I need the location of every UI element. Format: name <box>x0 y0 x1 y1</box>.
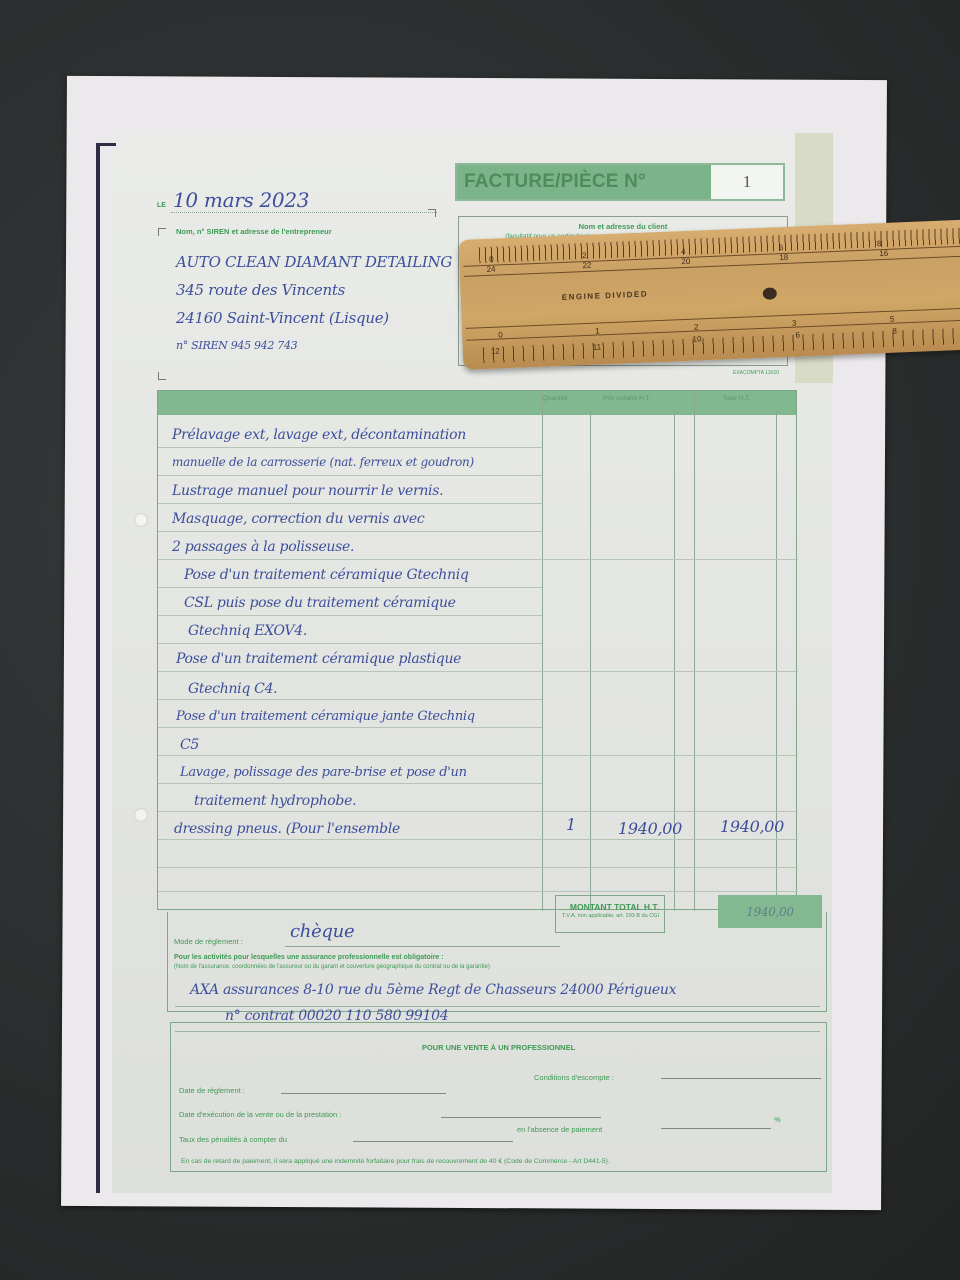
invoice-title-box: FACTURE/PIÈCE N° 1 <box>455 163 785 201</box>
discount-field[interactable] <box>661 1078 821 1079</box>
penalty-label: Taux des pénalités à compter du <box>179 1135 287 1144</box>
description-line: manuelle de la carrosserie (nat. ferreux… <box>172 455 474 469</box>
column-divider <box>776 411 777 911</box>
ruler-number: 3 <box>792 319 797 328</box>
ruler-number: 2 <box>694 322 699 331</box>
ruler-brand: ENGINE DIVIDED <box>562 289 649 301</box>
unit-price-value: 1940,00 <box>618 819 682 838</box>
corner-mark <box>428 209 436 217</box>
description-line: CSL puis pose du traitement céramique <box>184 595 456 611</box>
row-rule <box>158 783 542 784</box>
row-rule <box>158 447 542 448</box>
description-line: Pose d'un traitement céramique plastique <box>176 651 461 667</box>
ruler-small-number: 0 <box>489 255 494 264</box>
column-divider <box>590 411 591 911</box>
insurance-underline <box>175 1006 820 1007</box>
payment-underline <box>285 946 560 947</box>
date-underline <box>171 212 437 213</box>
invoice-title: FACTURE/PIÈCE N° <box>457 165 711 199</box>
wooden-ruler: 24 22 20 18 16 0 2 4 6 8 ENGINE DIVIDED … <box>458 219 960 370</box>
entrepreneur-name: AUTO CLEAN DIAMANT DETAILING <box>176 248 476 276</box>
description-line: traitement hydrophobe. <box>194 793 356 809</box>
ruler-small-number: 6 <box>779 243 784 252</box>
row-rule <box>158 671 798 672</box>
row-rule <box>158 531 542 532</box>
description-line: Pose d'un traitement céramique jante Gte… <box>176 709 475 724</box>
row-rule <box>158 615 542 616</box>
ruler-small-number: 4 <box>681 247 686 256</box>
ruler-number: 20 <box>681 257 690 266</box>
execution-date-field[interactable] <box>441 1117 601 1118</box>
insurance-title: Pour les activités pour lesquelles une a… <box>174 954 444 961</box>
corner-mark <box>158 372 166 380</box>
ruler-small-number: 8 <box>877 239 882 248</box>
insurance-sublabel: (Nom de l'assurance, coordonnées de l'as… <box>174 964 490 970</box>
penalty-rate-field[interactable] <box>661 1128 771 1129</box>
ruler-ticks <box>483 327 960 363</box>
description-line: Lustrage manuel pour nourrir le vernis. <box>172 483 443 499</box>
invoice-number: 1 <box>711 165 783 199</box>
date-value: 10 mars 2023 <box>173 188 309 212</box>
wood-knot <box>763 287 777 300</box>
entrepreneur-address: 345 route des Vincents <box>176 276 476 304</box>
header-unit-price: Prix unitaire H.T. <box>603 395 651 402</box>
row-rule <box>158 867 798 868</box>
row-rule <box>158 587 542 588</box>
header-quantity: Quantité <box>543 395 568 402</box>
binder-edge-top <box>96 143 116 146</box>
settlement-date-label: Date de règlement : <box>179 1086 245 1095</box>
row-rule <box>158 755 798 756</box>
row-rule <box>158 503 542 504</box>
entrepreneur-siren: n° SIREN 945 942 743 <box>176 332 476 360</box>
insurance-line-1: AXA assurances 8-10 rue du 5ème Regt de … <box>190 982 676 998</box>
entrepreneur-city: 24160 Saint-Vincent (Lisque) <box>176 304 476 332</box>
ruler-number: 16 <box>879 249 888 258</box>
execution-date-label: Date d'exécution de la vente ou de la pr… <box>179 1110 341 1119</box>
row-rule <box>158 811 798 812</box>
line-items-table: Quantité Prix unitaire H.T. Total H.T. P… <box>157 390 797 910</box>
entrepreneur-label: Nom, n° SIREN et adresse de l'entreprene… <box>176 227 332 236</box>
ruler-rule <box>466 307 960 329</box>
row-rule <box>158 891 798 892</box>
row-rule <box>158 475 542 476</box>
form-reference: EXACOMPTA 13010 <box>733 370 779 376</box>
percent-sign: % <box>774 1115 781 1124</box>
column-divider <box>694 391 695 911</box>
binder-edge <box>96 143 100 1193</box>
payment-mode-value: chèque <box>290 921 354 942</box>
ruler-number: 0 <box>498 330 503 339</box>
ruler-number: 5 <box>890 315 895 324</box>
late-payment-footer: En cas de retard de paiement, il sera ap… <box>181 1158 610 1165</box>
ruler-number: 22 <box>582 261 591 270</box>
payment-mode-label: Mode de règlement : <box>174 937 243 946</box>
description-line: 2 passages à la polisseuse. <box>172 539 354 555</box>
date-label: LE <box>157 202 166 209</box>
row-rule <box>158 559 798 560</box>
description-line: C5 <box>180 737 199 753</box>
discount-label: Conditions d'escompte : <box>534 1073 614 1082</box>
description-line: Gtechniq EXOV4. <box>188 623 307 639</box>
ruler-number: 1 <box>595 326 600 335</box>
date-row: LE 10 mars 2023 <box>157 188 437 218</box>
punch-hole <box>134 513 148 527</box>
penalty-date-field[interactable] <box>353 1141 513 1142</box>
header-total: Total H.T. <box>723 395 750 402</box>
line-total-value: 1940,00 <box>720 817 784 836</box>
ruler-number: 18 <box>779 253 788 262</box>
row-rule <box>158 699 542 700</box>
row-rule <box>158 839 798 840</box>
corner-mark <box>158 228 166 236</box>
row-rule <box>158 727 542 728</box>
total-label: MONTANT TOTAL H.T. <box>556 902 659 912</box>
description-line: Pose d'un traitement céramique Gtechniq <box>184 567 469 583</box>
row-rule <box>158 643 542 644</box>
quantity-value: 1 <box>566 815 576 834</box>
professional-sale-box: POUR UNE VENTE À UN PROFESSIONNEL Date d… <box>170 1022 827 1172</box>
ruler-small-number: 2 <box>582 251 587 260</box>
description-line: Lavage, polissage des pare-brise et pose… <box>180 765 467 780</box>
description-line: Prélavage ext, lavage ext, décontaminati… <box>172 427 466 443</box>
penalty-absence-label: en l'absence de paiement <box>517 1125 602 1134</box>
table-header: Quantité Prix unitaire H.T. Total H.T. <box>158 391 796 415</box>
ruler-number: 24 <box>486 265 495 274</box>
description-line: Gtechniq C4. <box>188 681 277 697</box>
settlement-date-field[interactable] <box>281 1093 446 1094</box>
entrepreneur-block: AUTO CLEAN DIAMANT DETAILING 345 route d… <box>176 248 476 360</box>
column-divider <box>542 391 543 911</box>
description-line: dressing pneus. (Pour l'ensemble <box>174 821 400 837</box>
description-line: Masquage, correction du vernis avec <box>172 511 424 527</box>
punch-hole <box>134 808 148 822</box>
professional-title: POUR UNE VENTE À UN PROFESSIONNEL <box>171 1043 826 1052</box>
